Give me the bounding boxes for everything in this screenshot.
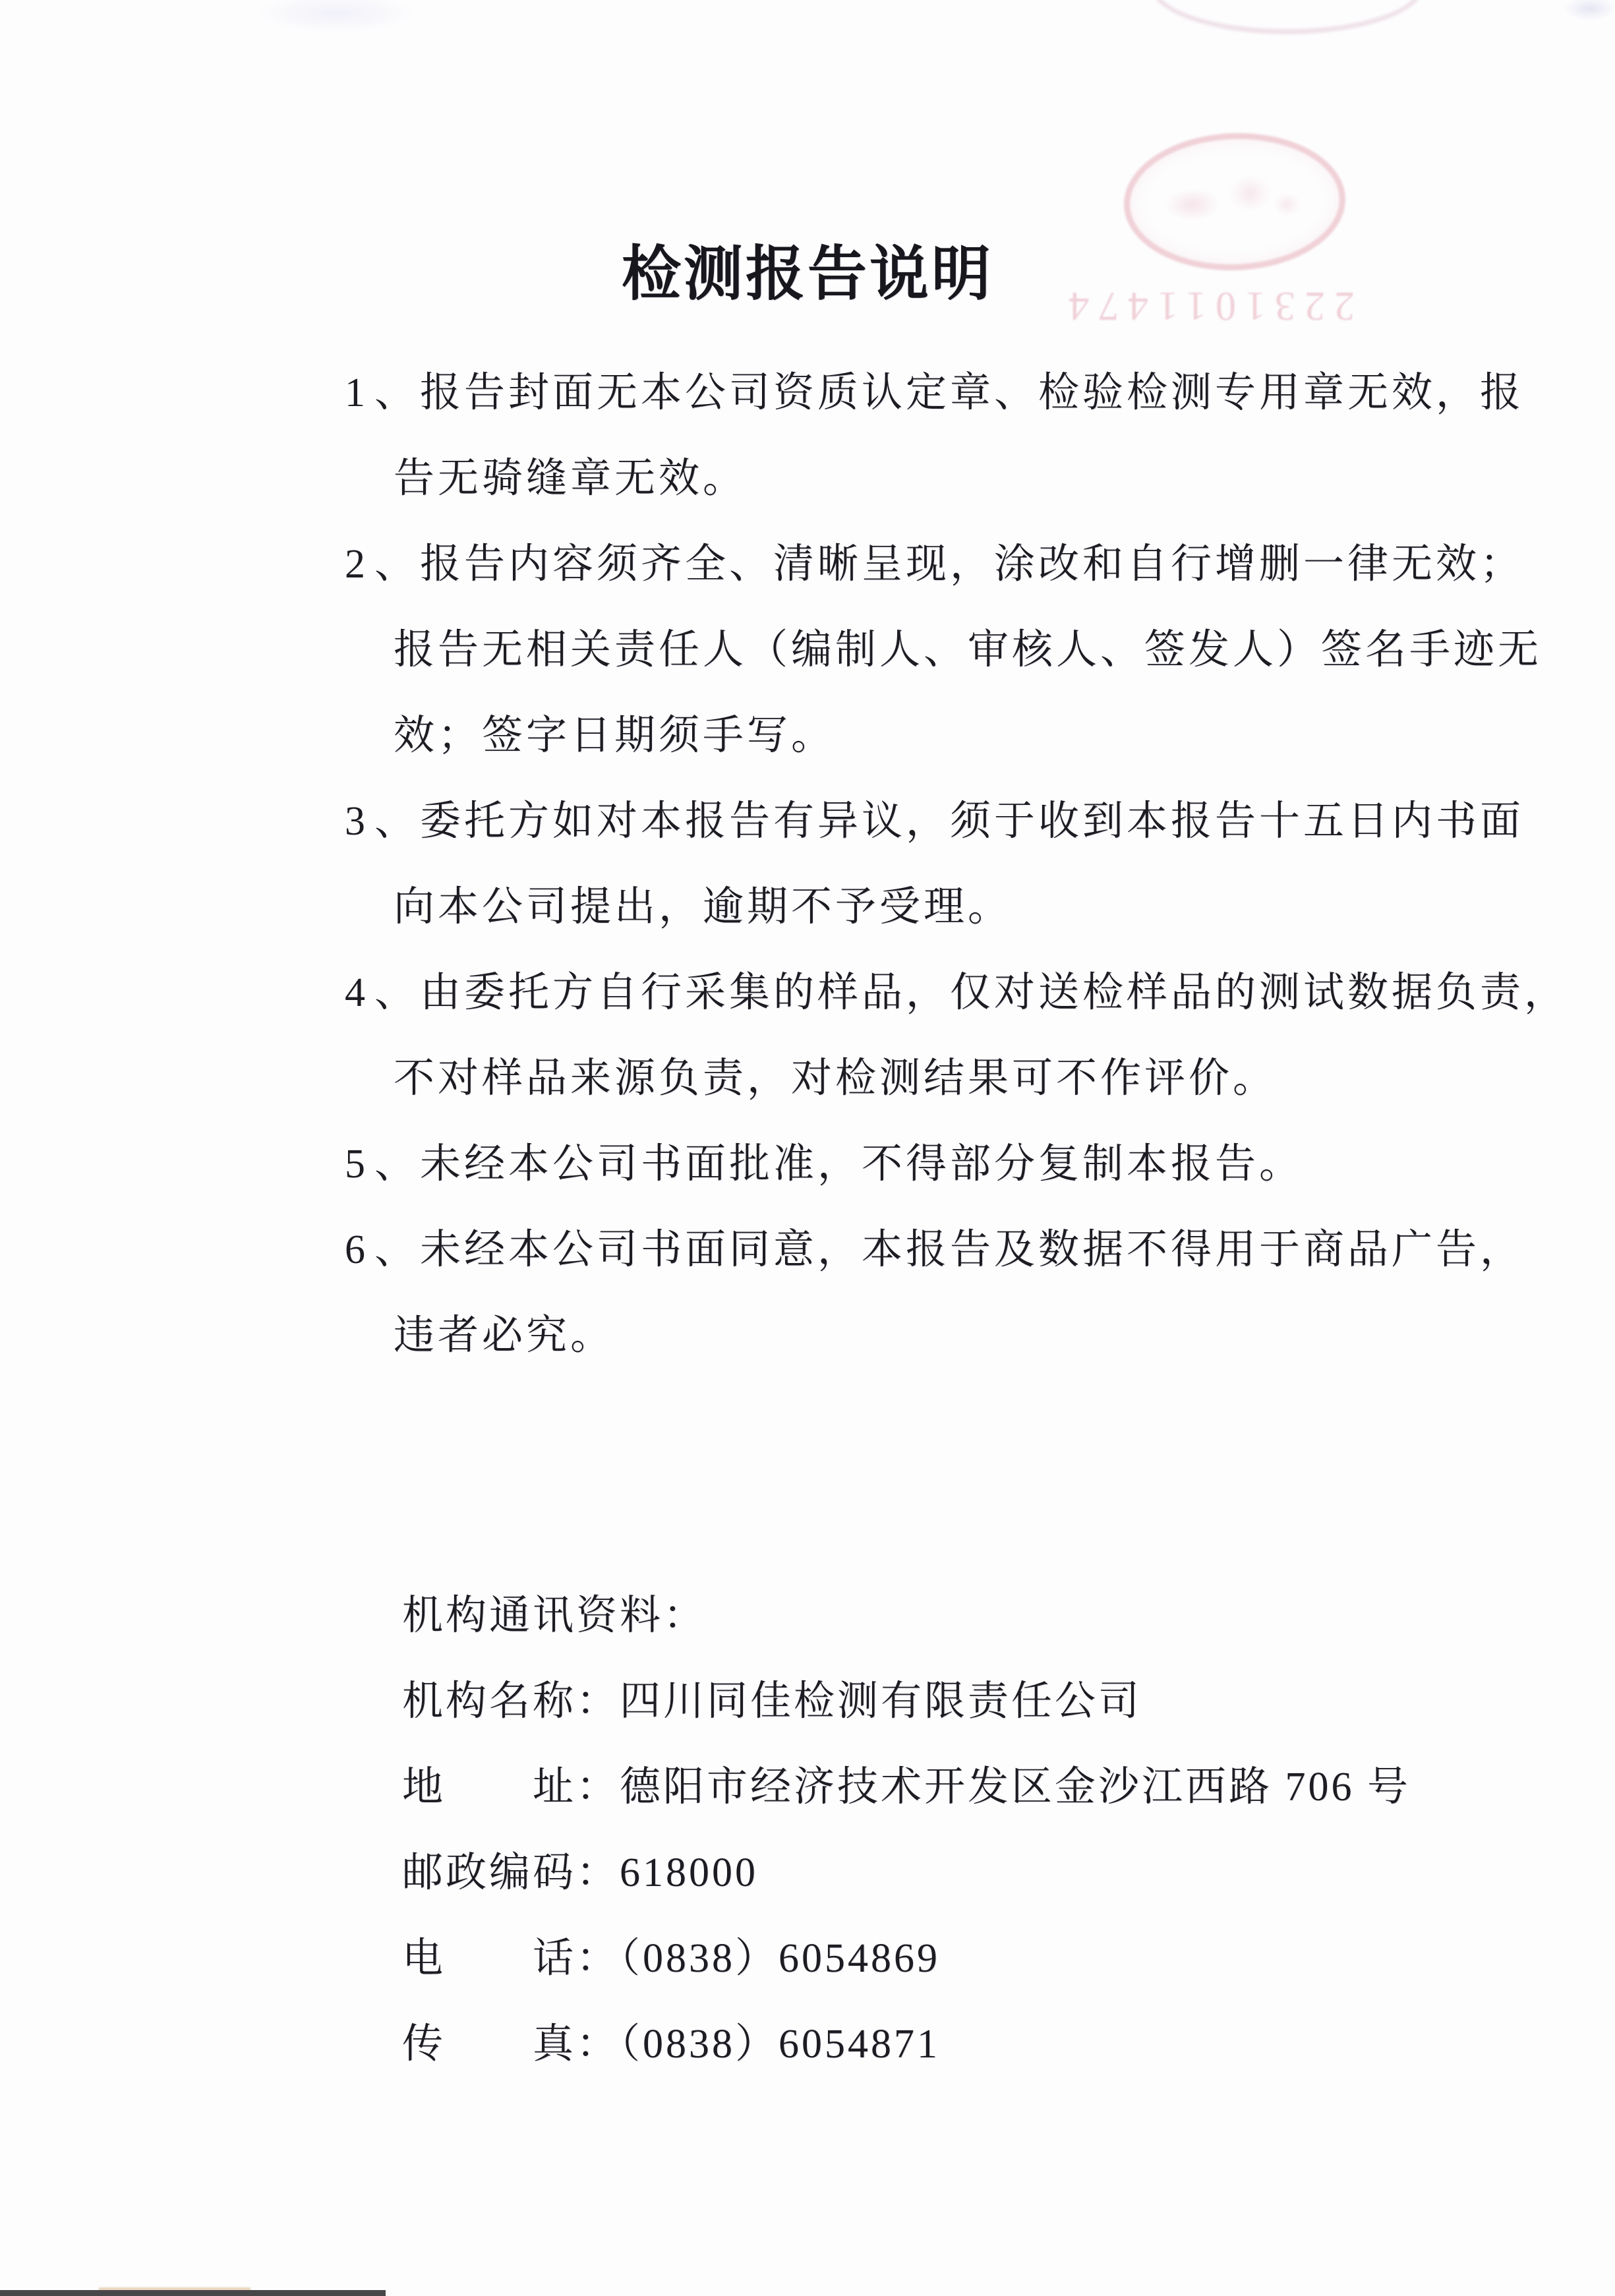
contact-value: 四川同佳检测有限责任公司	[620, 1679, 1142, 1724]
scan-smudge	[1564, 0, 1615, 21]
stamp-serial-number: 2231011474	[1098, 282, 1355, 329]
list-item-line: 委托方如对本报告有异议，须于收到本报告十五日内书面	[394, 779, 1615, 864]
list-item-number: 3、	[345, 779, 425, 864]
contact-label: 地 址：	[402, 1765, 620, 1810]
list-item-line: 效；签字日期须手写。	[394, 693, 1615, 779]
contact-label: 电 话：	[402, 1936, 620, 1981]
list-item-line: 报告内容须齐全、清晰呈现，涂改和自行增删一律无效；	[394, 521, 1615, 607]
contact-row: 传 真：（0838）6054871	[402, 2001, 1411, 2087]
list-item-line: 不对样品来源负责，对检测结果可不作评价。	[394, 1036, 1615, 1121]
contact-row: 电 话：（0838）6054869	[402, 1916, 1411, 2001]
contact-row: 地 址：德阳市经济技术开发区金沙江西路 706 号	[402, 1744, 1411, 1830]
contact-info-block: 机构通讯资料： 机构名称：四川同佳检测有限责任公司 地 址：德阳市经济技术开发区…	[402, 1573, 1411, 2087]
contact-label: 机构名称：	[402, 1679, 620, 1724]
contact-row: 邮政编码：618000	[402, 1830, 1411, 1916]
list-item: 1、 报告封面无本公司资质认定章、检验检测专用章无效，报 告无骑缝章无效。	[0, 350, 1615, 521]
list-item-number: 6、	[345, 1207, 425, 1293]
scan-smudge	[257, 0, 415, 33]
scan-artifact-bottom-edge	[0, 2290, 386, 2296]
list-item-line: 报告无相关责任人（编制人、审核人、签发人）签名手迹无	[394, 607, 1615, 693]
stamp-arc-artifact	[1150, 0, 1424, 34]
contact-value: 618000	[620, 1850, 758, 1895]
contact-label: 传 真：	[402, 2022, 620, 2067]
list-item: 5、 未经本公司书面批准，不得部分复制本报告。	[0, 1121, 1615, 1207]
contact-value: （0838）6054869	[620, 1936, 940, 1981]
list-item: 3、 委托方如对本报告有异议，须于收到本报告十五日内书面 向本公司提出，逾期不予…	[0, 779, 1615, 950]
list-item: 4、 由委托方自行采集的样品，仅对送检样品的测试数据负责， 不对样品来源负责，对…	[0, 950, 1615, 1121]
contact-header: 机构通讯资料：	[402, 1573, 1411, 1659]
list-item: 2、 报告内容须齐全、清晰呈现，涂改和自行增删一律无效； 报告无相关责任人（编制…	[0, 521, 1615, 779]
list-item: 6、 未经本公司书面同意，本报告及数据不得用于商品广告， 违者必究。	[0, 1207, 1615, 1378]
list-item-number: 2、	[345, 521, 425, 607]
scanned-report-notes-page: 检测报告说明 2231011474 1、 报告封面无本公司资质认定章、检验检测专…	[0, 0, 1615, 2296]
contact-label: 邮政编码：	[402, 1850, 620, 1895]
list-item-line: 未经本公司书面同意，本报告及数据不得用于商品广告，	[394, 1207, 1615, 1293]
list-item-number: 1、	[345, 350, 425, 436]
contact-value: 德阳市经济技术开发区金沙江西路 706 号	[620, 1765, 1411, 1810]
list-item-line: 报告封面无本公司资质认定章、检验检测专用章无效，报	[394, 350, 1615, 436]
list-item-line: 告无骑缝章无效。	[394, 436, 1615, 521]
list-item-number: 4、	[345, 950, 425, 1036]
contact-value: （0838）6054871	[620, 2022, 940, 2067]
list-item-line: 由委托方自行采集的样品，仅对送检样品的测试数据负责，	[394, 950, 1615, 1036]
list-item-line: 未经本公司书面批准，不得部分复制本报告。	[394, 1121, 1615, 1207]
contact-row: 机构名称：四川同佳检测有限责任公司	[402, 1659, 1411, 1744]
list-item-number: 5、	[345, 1121, 425, 1207]
page-title: 检测报告说明	[0, 225, 1615, 311]
list-item-line: 违者必究。	[394, 1293, 1615, 1378]
report-notes-list: 1、 报告封面无本公司资质认定章、检验检测专用章无效，报 告无骑缝章无效。 2、…	[0, 350, 1615, 1378]
list-item-line: 向本公司提出，逾期不予受理。	[394, 864, 1615, 950]
